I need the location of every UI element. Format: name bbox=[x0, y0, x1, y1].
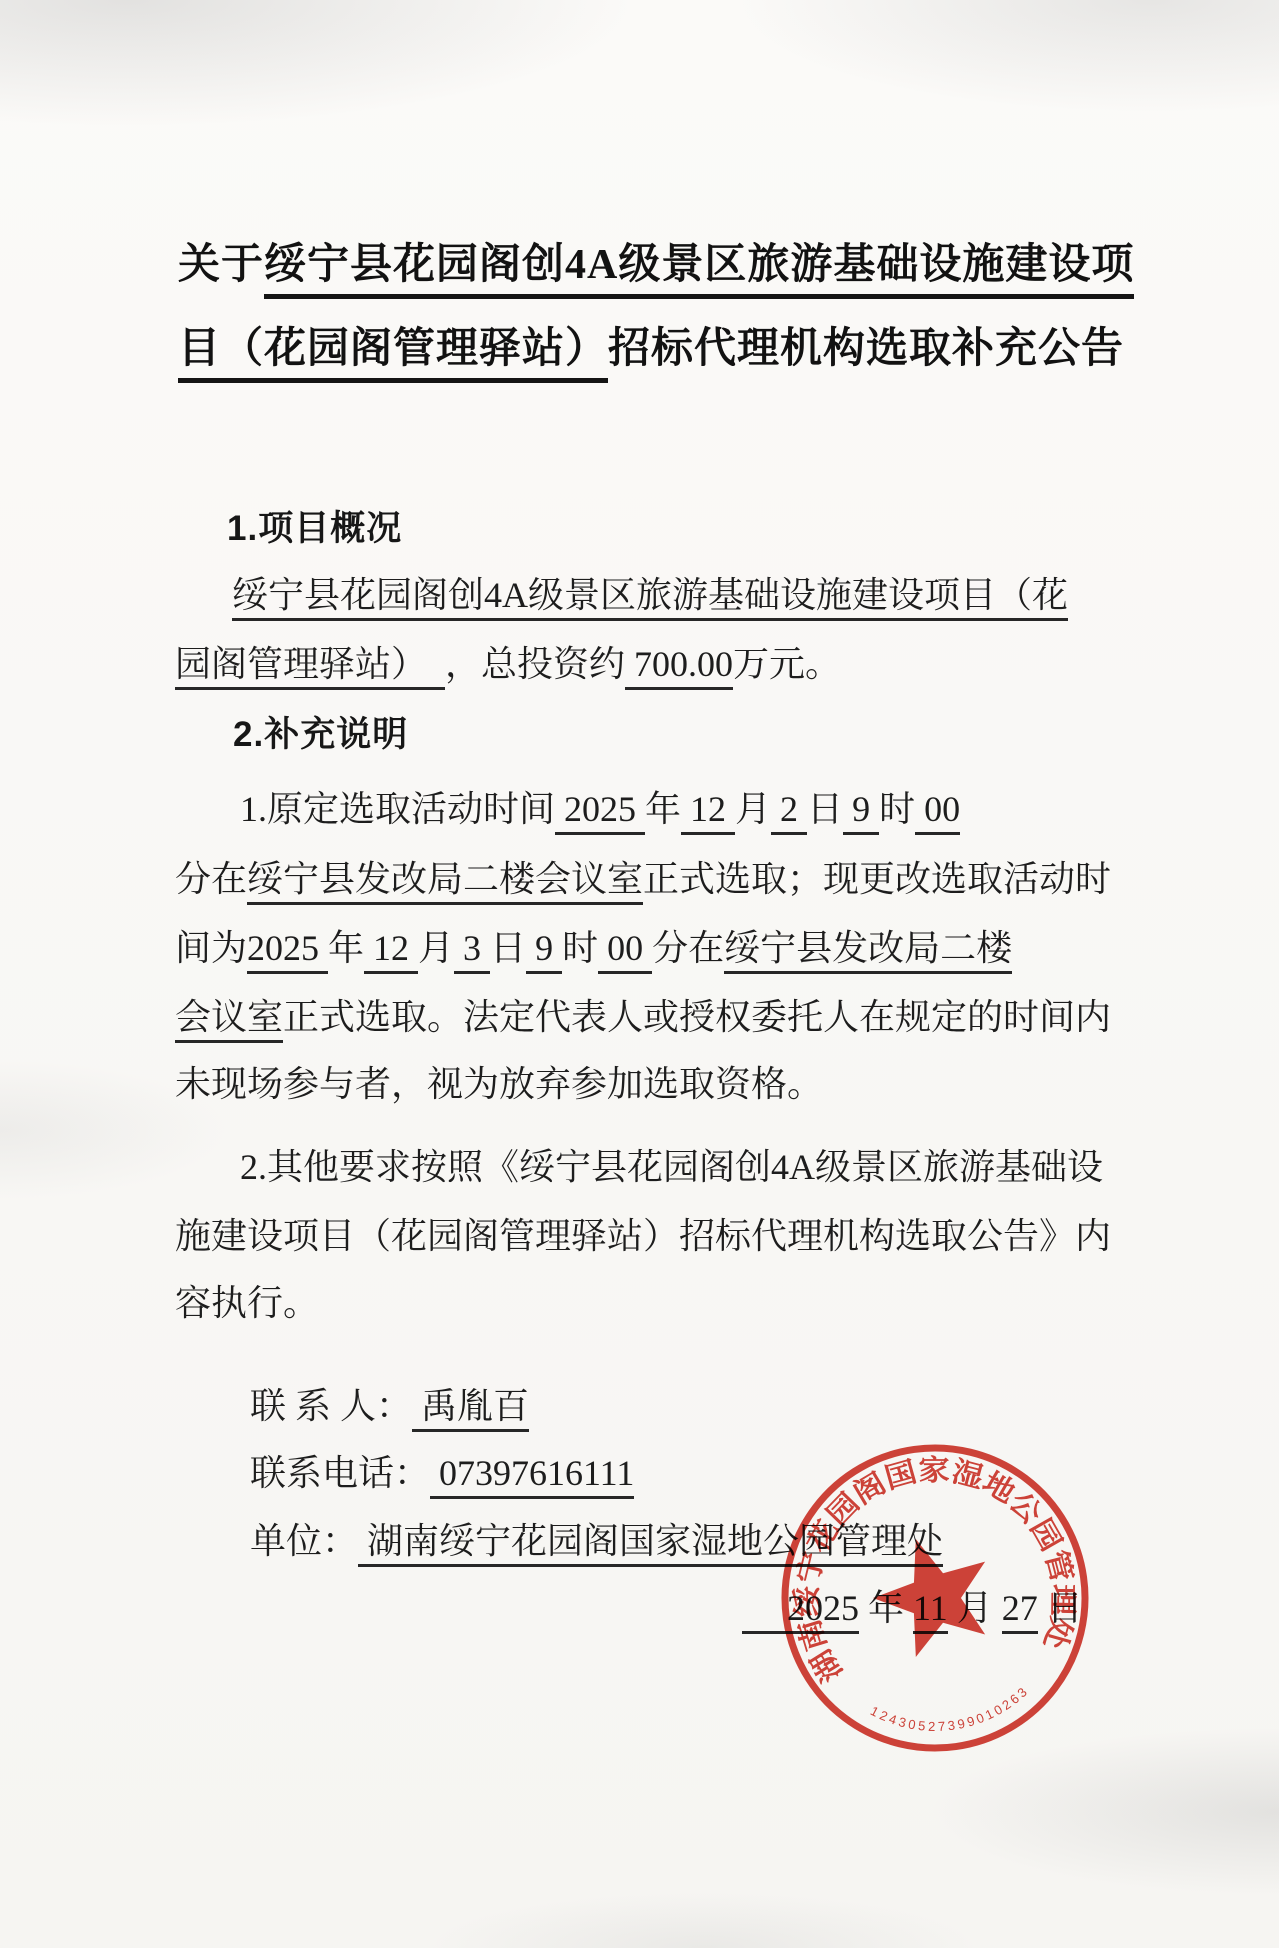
section-1-heading: 1.项目概况 bbox=[227, 506, 402, 552]
text-segment: 绥宁县花园阁创4A级景区旅游基础设施建设项目（花 bbox=[232, 575, 1068, 621]
stamp-star-icon bbox=[866, 1530, 997, 1662]
text-segment: 2.其他要求按照《绥宁县花园阁创4A级景区旅游基础设 bbox=[240, 1147, 1103, 1187]
text-segment: 万元。 bbox=[733, 644, 841, 684]
text-segment: 2 bbox=[771, 789, 807, 835]
section-2-heading: 2.补充说明 bbox=[233, 712, 408, 758]
text-segment: 12 bbox=[364, 928, 418, 974]
project-overview-line-2: 园阁管理驿站） ，总投资约 700.00万元。 bbox=[175, 641, 841, 688]
document-page: 关于绥宁县花园阁创4A级景区旅游基础设施建设项 目（花园阁管理驿站）招标代理机构… bbox=[0, 0, 1279, 1948]
text-segment: 3 bbox=[454, 928, 490, 974]
supplement-para2-line-1: 2.其他要求按照《绥宁县花园阁创4A级景区旅游基础设 bbox=[240, 1144, 1103, 1191]
supplement-para1-line-2: 分在绥宁县发改局二楼会议室正式选取；现更改选取活动时 bbox=[175, 856, 1111, 903]
text-segment: 12 bbox=[681, 789, 735, 835]
text-segment: 年 bbox=[328, 928, 364, 968]
text-segment: 园阁管理驿站） bbox=[175, 644, 409, 690]
contact-person-line: 联 系 人： 禹胤百 bbox=[250, 1383, 529, 1430]
project-overview-line-1: 绥宁县花园阁创4A级景区旅游基础设施建设项目（花 bbox=[232, 572, 1068, 619]
text-segment: 时 bbox=[879, 789, 915, 829]
text-segment: 分在 bbox=[652, 928, 724, 968]
text-segment: 月 bbox=[735, 789, 771, 829]
text-segment: 分在 bbox=[175, 859, 247, 899]
text-segment: 时 bbox=[562, 928, 598, 968]
text-segment: 2025 bbox=[555, 789, 645, 835]
supplement-para1-line-3: 间为2025 年 12 月 3 日 9 时 00 分在绥宁县发改局二楼 bbox=[175, 925, 1012, 972]
supplement-para2-line-3: 容执行。 bbox=[175, 1280, 319, 1327]
text-segment: 绥宁县花园阁创4A级景区旅游基础设施建设项 bbox=[264, 242, 1134, 299]
text-segment: 单位： bbox=[250, 1521, 358, 1561]
text-segment: 会议室 bbox=[175, 997, 283, 1043]
text-segment: 间为 bbox=[175, 928, 247, 968]
text-segment: 00 bbox=[915, 789, 960, 835]
supplement-para1-line-4: 会议室正式选取。法定代表人或授权委托人在规定的时间内 bbox=[175, 994, 1111, 1041]
text-segment: 禹胤百 bbox=[412, 1386, 529, 1432]
text-segment: 绥宁县发改局二楼 bbox=[724, 928, 1012, 974]
text-segment: 00 bbox=[598, 928, 652, 974]
text-segment: 联系电话： bbox=[250, 1453, 430, 1493]
contact-phone-line: 联系电话： 07397616111 bbox=[250, 1450, 634, 1497]
text-segment: 日 bbox=[807, 789, 843, 829]
text-segment: 日 bbox=[490, 928, 526, 968]
text-segment: 容执行。 bbox=[175, 1283, 319, 1323]
stamp-serial-number: 12430527399010263 bbox=[866, 1681, 1036, 1744]
text-segment: 联 系 人： bbox=[250, 1386, 412, 1426]
text-segment: 月 bbox=[418, 928, 454, 968]
text-segment: 绥宁县发改局二楼会议室 bbox=[247, 859, 643, 905]
text-segment: 1.原定选取活动时间 bbox=[240, 789, 555, 829]
text-segment: 正式选取。法定代表人或授权委托人在规定的时间内 bbox=[283, 997, 1111, 1037]
title-line-1: 关于绥宁县花园阁创4A级景区旅游基础设施建设项 bbox=[178, 238, 1134, 293]
text-segment: 施建设项目（花园阁管理驿站）招标代理机构选取公告》内 bbox=[175, 1216, 1111, 1256]
text-segment: 关于 bbox=[178, 242, 264, 288]
svg-text:12430527399010263: 12430527399010263 bbox=[866, 1681, 1036, 1744]
text-segment: 07397616111 bbox=[430, 1453, 634, 1499]
text-segment bbox=[409, 644, 445, 690]
text-segment: 9 bbox=[843, 789, 879, 835]
official-seal-stamp: 湖南绥宁花园阁国家湿地公园管理处 12430527399010263 bbox=[765, 1428, 1105, 1768]
text-segment: 目（花园阁管理驿站） bbox=[178, 326, 608, 383]
text-segment: ，总投资约 bbox=[445, 644, 625, 684]
supplement-para1-line-5: 未现场参与者，视为放弃参加选取资格。 bbox=[175, 1061, 823, 1108]
title-line-2: 目（花园阁管理驿站）招标代理机构选取补充公告 bbox=[178, 322, 1124, 377]
text-segment: 正式选取；现更改选取活动时 bbox=[643, 859, 1111, 899]
supplement-para1-line-1: 1.原定选取活动时间 2025 年 12 月 2 日 9 时 00 bbox=[240, 786, 960, 833]
text-segment: 年 bbox=[645, 789, 681, 829]
text-segment: 招标代理机构选取补充公告 bbox=[608, 326, 1124, 372]
text-segment: 9 bbox=[526, 928, 562, 974]
text-segment: 700.00 bbox=[625, 644, 733, 690]
text-segment: 未现场参与者，视为放弃参加选取资格。 bbox=[175, 1064, 823, 1104]
supplement-para2-line-2: 施建设项目（花园阁管理驿站）招标代理机构选取公告》内 bbox=[175, 1213, 1111, 1260]
text-segment: 2025 bbox=[247, 928, 328, 974]
